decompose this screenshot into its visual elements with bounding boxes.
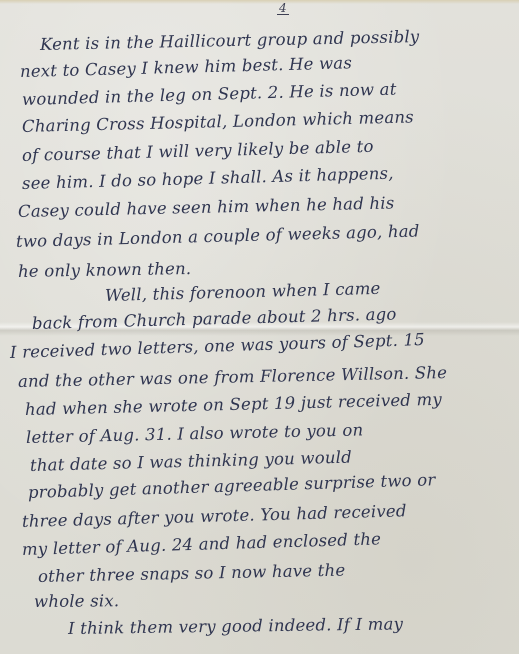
handwritten-line: other three snaps so I now have the bbox=[38, 561, 346, 586]
handwritten-line: three days after you wrote. You had rece… bbox=[22, 501, 407, 531]
page-number: 4 bbox=[277, 2, 289, 15]
handwritten-line: Charing Cross Hospital, London which mea… bbox=[22, 107, 414, 136]
handwritten-line: my letter of Aug. 24 and had enclosed th… bbox=[22, 529, 382, 559]
handwritten-line: see him. I do so hope I shall. As it hap… bbox=[22, 164, 394, 193]
handwritten-line: and the other was one from Florence Will… bbox=[18, 363, 448, 391]
letter-page: 4 Kent is in the Haillicourt group and p… bbox=[0, 0, 519, 654]
handwritten-line: of course that I will very likely be abl… bbox=[22, 137, 374, 165]
handwritten-line: wounded in the leg on Sept. 2. He is now… bbox=[22, 80, 397, 109]
handwritten-line: letter of Aug. 31. I also wrote to you o… bbox=[26, 420, 364, 447]
handwritten-line: two days in London a couple of weeks ago… bbox=[16, 221, 420, 251]
handwritten-line: I think them very good indeed. If I may bbox=[68, 614, 403, 638]
handwritten-line: he only known then. bbox=[18, 259, 192, 281]
handwritten-line: Casey could have seen him when he had hi… bbox=[18, 193, 395, 221]
handwritten-line: probably get another agreeable surprise … bbox=[28, 470, 436, 502]
handwritten-line: had when she wrote on Sept 19 just recei… bbox=[25, 390, 442, 419]
handwritten-line: that date so I was thinking you would bbox=[30, 448, 352, 475]
handwritten-line: Well, this forenoon when I came bbox=[105, 279, 381, 305]
handwritten-line: next to Casey I knew him best. He was bbox=[20, 53, 352, 81]
handwritten-line: Kent is in the Haillicourt group and pos… bbox=[40, 27, 420, 54]
paper-top-edge bbox=[0, 0, 519, 4]
handwritten-line: whole six. bbox=[34, 591, 119, 611]
